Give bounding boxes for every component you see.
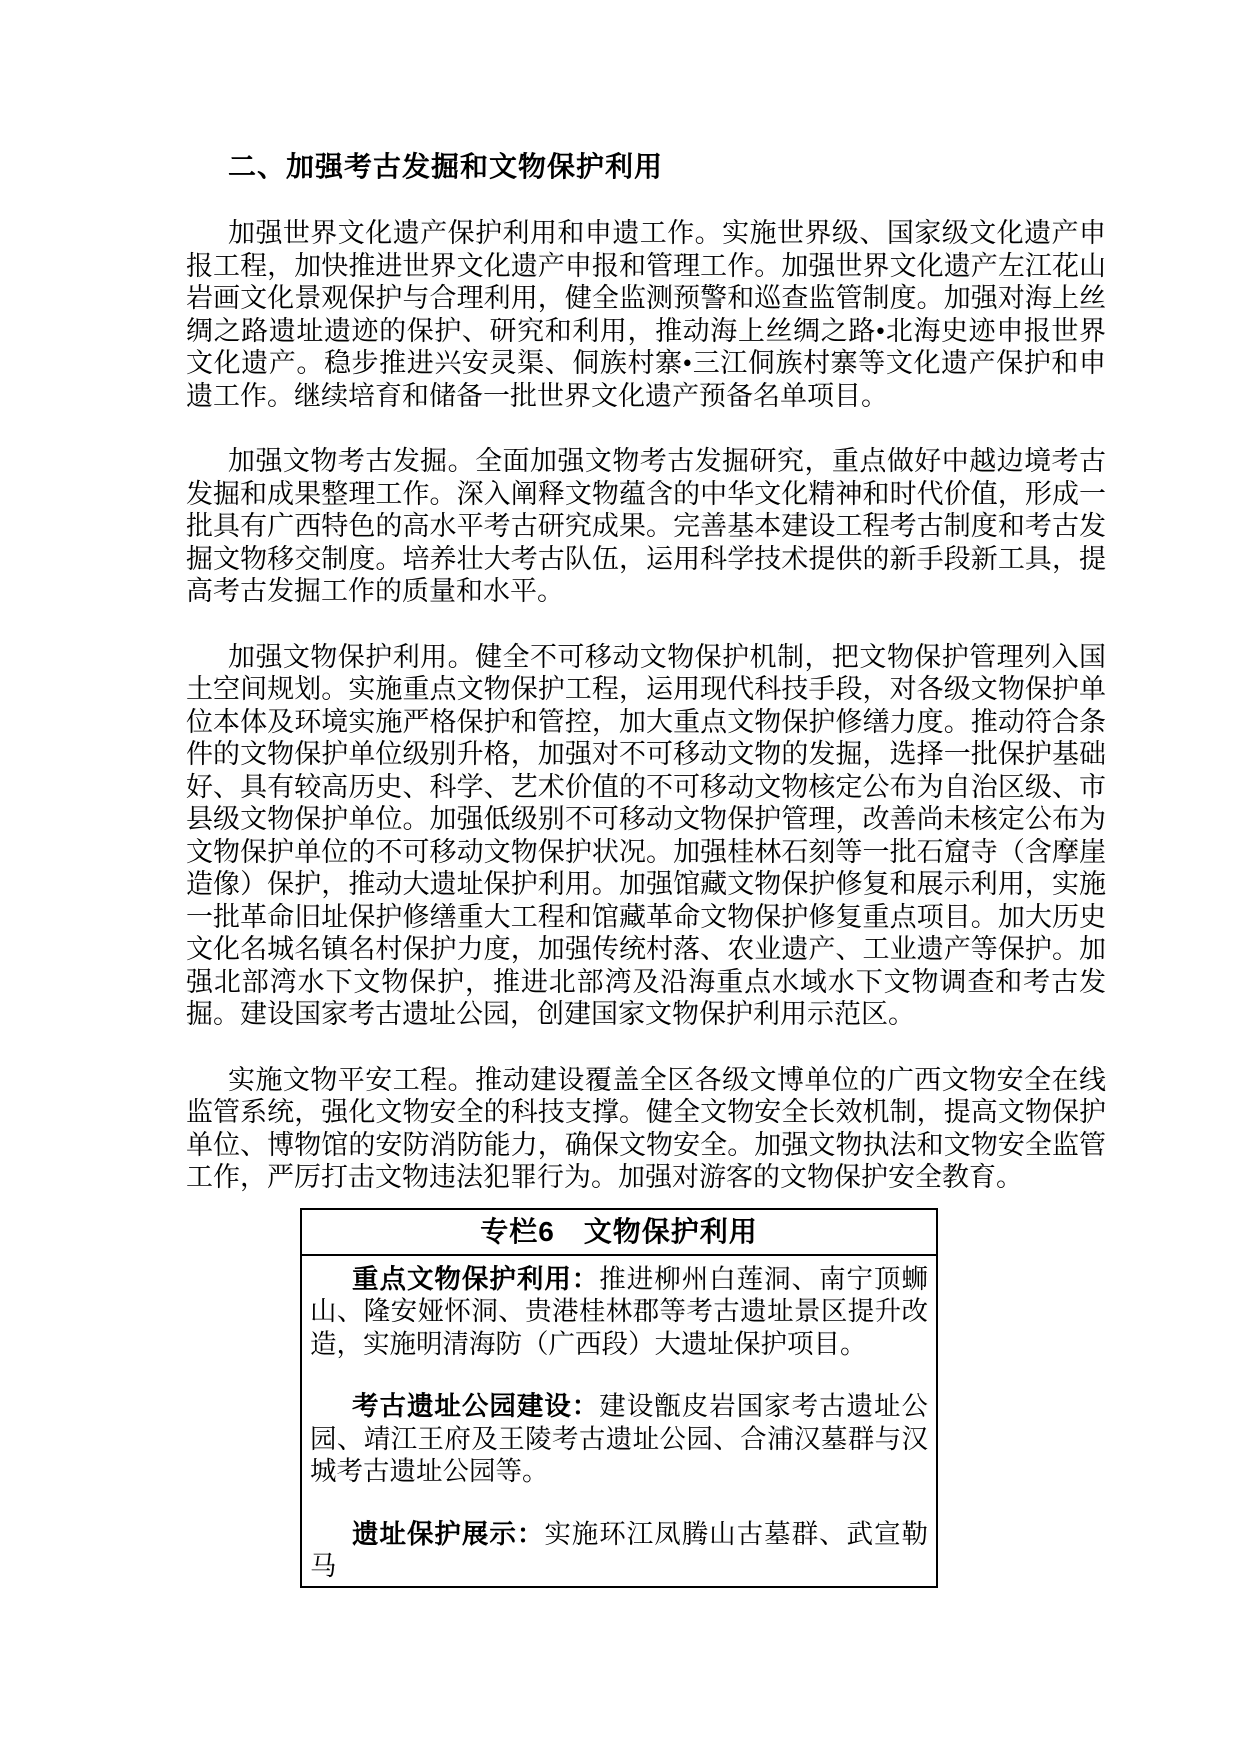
section-heading: 二、加强考古发掘和文物保护利用 <box>186 150 1106 184</box>
panel-item-lead: 遗址保护展示： <box>352 1519 544 1549</box>
panel-column6: 专栏6 文物保护利用 重点文物保护利用：推进柳州白莲洞、南宁顶蛳山、隆安娅怀洞、… <box>300 1208 938 1588</box>
body-paragraph-safety-project: 实施文物平安工程。推动建设覆盖全区各级文博单位的广西文物安全在线监管系统，强化文… <box>186 1064 1106 1194</box>
document-page: 二、加强考古发掘和文物保护利用 加强世界文化遗产保护利用和申遗工作。实施世界级、… <box>0 0 1241 1755</box>
panel-item-site-display: 遗址保护展示：实施环江凤腾山古墓群、武宣勒马 <box>310 1518 928 1583</box>
body-paragraph-archaeology: 加强文物考古发掘。全面加强文物考古发掘研究，重点做好中越边境考古发掘和成果整理工… <box>186 445 1106 608</box>
panel-item-lead: 重点文物保护利用： <box>352 1264 599 1294</box>
panel-body: 重点文物保护利用：推进柳州白莲洞、南宁顶蛳山、隆安娅怀洞、贵港桂林郡等考古遗址景… <box>302 1256 936 1586</box>
panel-item-site-parks: 考古遗址公园建设：建设甑皮岩国家考古遗址公园、靖江王府及王陵考古遗址公园、合浦汉… <box>310 1390 928 1488</box>
panel-item-key-protection: 重点文物保护利用：推进柳州白莲洞、南宁顶蛳山、隆安娅怀洞、贵港桂林郡等考古遗址景… <box>310 1263 928 1361</box>
body-paragraph-protection-utilization: 加强文物保护利用。健全不可移动文物保护机制，把文物保护管理列入国土空间规划。实施… <box>186 641 1106 1031</box>
panel-item-lead: 考古遗址公园建设： <box>352 1391 599 1421</box>
body-paragraph-world-heritage: 加强世界文化遗产保护利用和申遗工作。实施世界级、国家级文化遗产申报工程，加快推进… <box>186 217 1106 412</box>
panel-title: 专栏6 文物保护利用 <box>302 1210 936 1256</box>
